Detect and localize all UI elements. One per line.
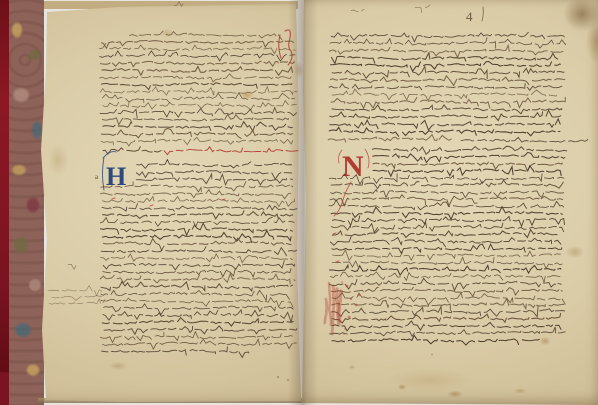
ink-dot <box>348 316 351 319</box>
folio-number: 4 <box>466 9 473 24</box>
script-stroke <box>329 283 331 325</box>
script-stroke <box>331 180 563 188</box>
script-stroke <box>330 237 561 247</box>
script-stroke <box>329 278 561 290</box>
script-stroke <box>101 298 293 308</box>
script-stroke <box>100 87 297 96</box>
script-stroke <box>333 250 561 260</box>
script-stroke <box>461 137 588 142</box>
script-stroke <box>372 146 566 154</box>
script-stroke <box>100 74 292 82</box>
handwriting-layer: H a N 4 <box>0 0 598 405</box>
script-stroke <box>129 31 282 40</box>
script-stroke <box>329 45 563 57</box>
ink-dot <box>341 281 343 283</box>
script-stroke <box>101 137 293 146</box>
ink-dot <box>350 298 352 300</box>
script-stroke <box>325 299 327 323</box>
script-stroke <box>332 89 556 101</box>
script-stroke <box>101 190 291 199</box>
script-stroke <box>68 264 76 269</box>
script-stroke <box>336 261 339 262</box>
script-stroke <box>331 97 565 108</box>
script-stroke <box>102 66 293 75</box>
script-stroke <box>164 147 298 155</box>
script-stroke <box>373 162 562 170</box>
script-stroke <box>330 195 562 206</box>
script-stroke <box>332 67 564 79</box>
script-stroke <box>100 44 296 54</box>
script-stroke <box>329 174 564 185</box>
script-stroke <box>333 233 336 234</box>
script-stroke <box>279 30 292 65</box>
script-stroke <box>137 160 292 169</box>
script-stroke <box>330 119 560 130</box>
script-stroke <box>331 306 564 317</box>
script-stroke <box>150 205 153 206</box>
script-stroke <box>102 347 249 358</box>
script-stroke <box>102 41 294 49</box>
script-stroke <box>101 254 293 263</box>
script-stroke <box>101 182 293 192</box>
script-stroke <box>332 314 560 324</box>
script-stroke <box>112 198 115 199</box>
script-stroke <box>136 174 292 185</box>
script-stroke <box>101 282 293 291</box>
script-stroke <box>332 244 562 253</box>
script-stroke <box>373 153 565 163</box>
script-stroke <box>102 204 297 212</box>
script-stroke <box>329 84 562 91</box>
script-stroke <box>331 223 564 233</box>
script-stroke <box>48 286 102 296</box>
script-stroke <box>332 335 539 345</box>
script-stroke <box>332 229 557 237</box>
script-stroke <box>103 339 297 349</box>
script-stroke <box>331 189 564 197</box>
script-stroke <box>100 51 295 61</box>
script-stroke <box>52 296 102 301</box>
script-stroke <box>331 287 562 296</box>
script-stroke <box>373 166 561 176</box>
ink-dot <box>344 328 346 330</box>
script-stroke <box>329 127 560 136</box>
script-stroke <box>415 5 430 13</box>
script-stroke <box>101 332 293 343</box>
script-stroke <box>332 286 334 334</box>
script-stroke <box>329 200 564 210</box>
ink-dot <box>355 304 358 307</box>
ink-dot <box>358 294 361 297</box>
script-stroke <box>339 291 341 321</box>
script-stroke <box>136 170 291 179</box>
script-stroke <box>102 231 291 243</box>
script-stroke <box>103 268 291 277</box>
script-stroke <box>103 211 293 219</box>
script-stroke <box>101 61 295 66</box>
script-stroke <box>103 310 293 322</box>
script-stroke <box>174 2 183 7</box>
script-stroke <box>332 216 564 226</box>
script-stroke <box>100 217 294 226</box>
script-stroke <box>329 265 561 275</box>
script-stroke <box>102 93 294 103</box>
manuscript-photo: H a N 4 <box>0 0 598 405</box>
script-stroke <box>102 318 293 326</box>
script-stroke <box>103 101 297 110</box>
guide-letter: a <box>95 173 99 181</box>
script-stroke <box>329 327 565 337</box>
script-stroke <box>351 9 364 11</box>
script-stroke <box>103 261 294 270</box>
script-stroke <box>330 37 566 48</box>
script-stroke <box>330 110 561 120</box>
script-stroke <box>332 321 561 331</box>
script-stroke <box>330 272 560 283</box>
script-stroke <box>101 83 292 90</box>
script-stroke <box>100 108 296 118</box>
script-stroke <box>103 238 291 250</box>
script-stroke <box>332 293 565 305</box>
ink-dot <box>346 285 349 288</box>
script-stroke <box>332 105 562 114</box>
script-stroke <box>328 135 451 142</box>
script-stroke <box>103 197 295 207</box>
ink-dot <box>343 333 345 335</box>
script-stroke <box>103 147 161 154</box>
script-stroke <box>482 7 483 21</box>
script-stroke <box>100 274 295 284</box>
script-stroke <box>104 326 297 334</box>
script-stroke <box>332 53 558 64</box>
